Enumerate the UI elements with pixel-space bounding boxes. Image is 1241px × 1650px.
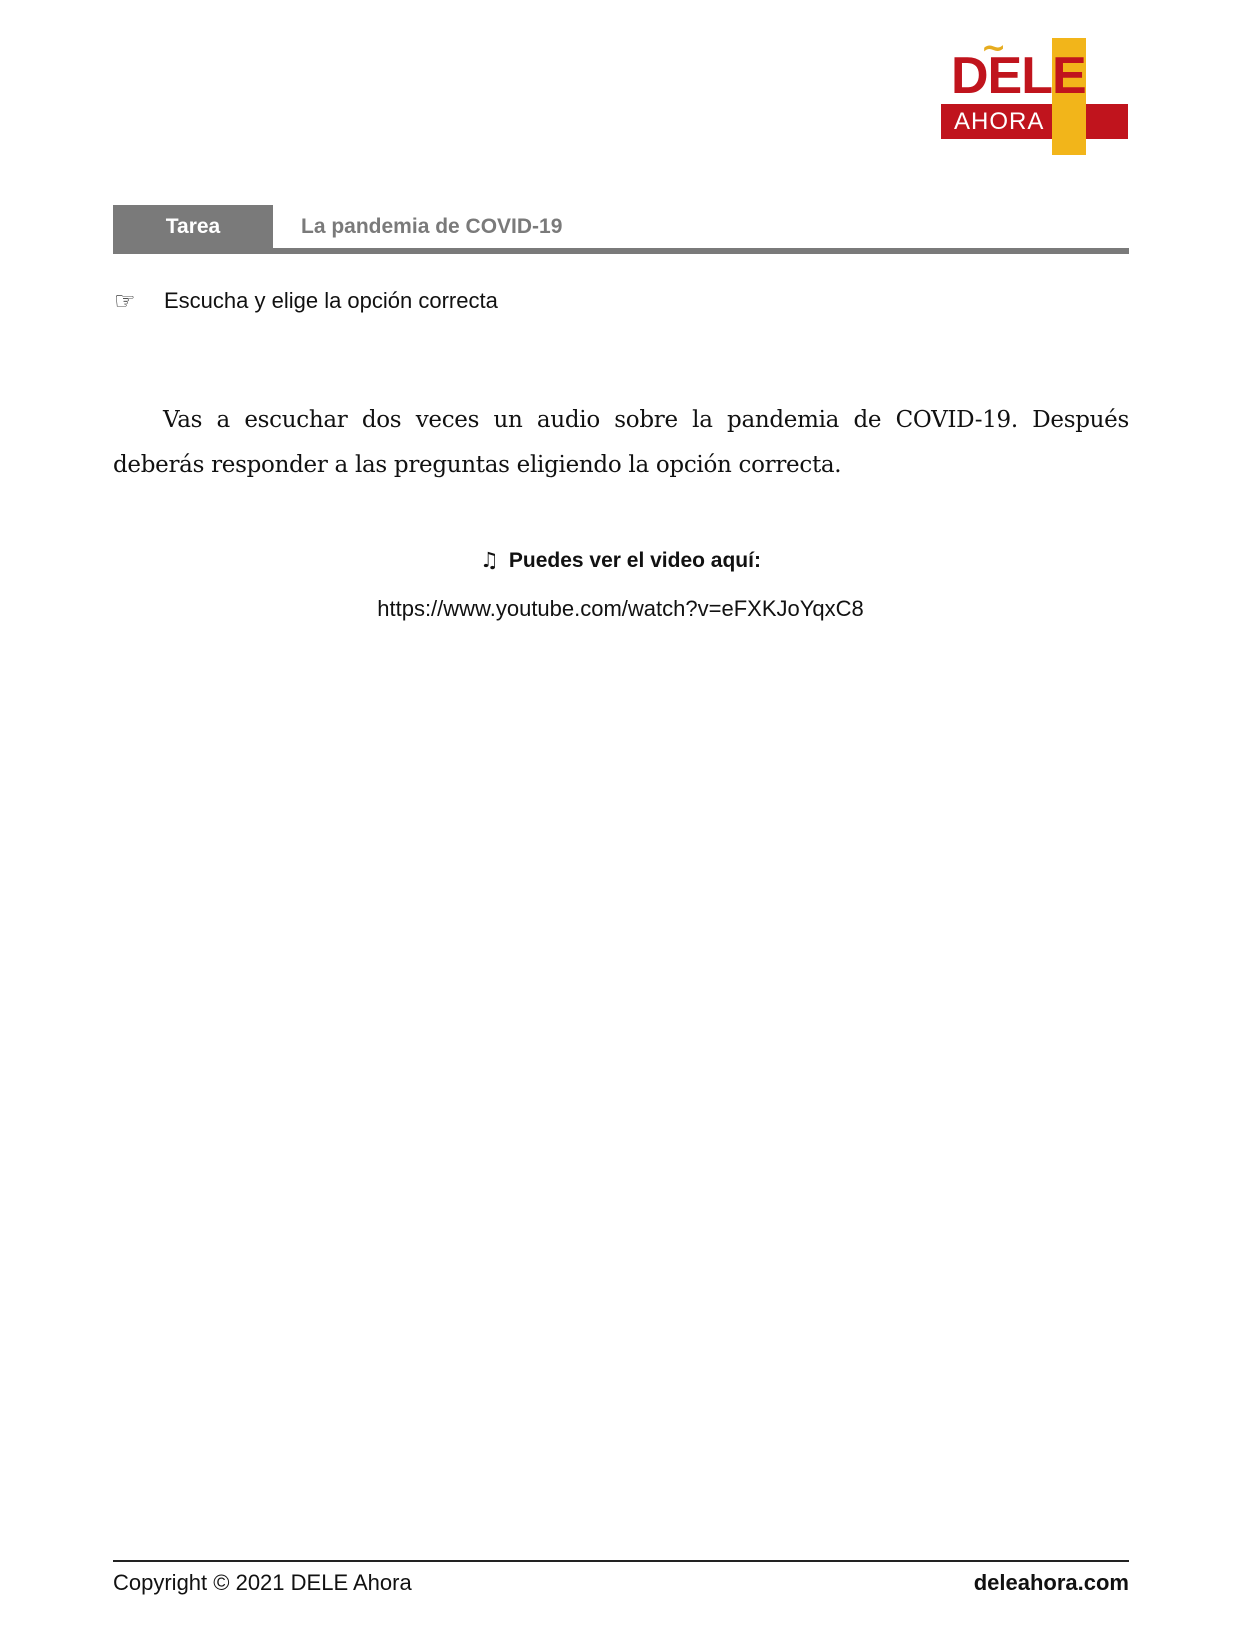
task-description: Vas a escuchar dos veces un audio sobre … [113, 398, 1129, 488]
pointing-hand-icon: ☞ [114, 287, 164, 315]
logo-subtitle-text: AHORA [954, 108, 1044, 136]
logo-yellow-bar-overlap [1052, 104, 1086, 155]
footer-site-link[interactable]: deleahora.com [974, 1570, 1129, 1596]
video-heading: ♫Puedes ver el video aquí: [0, 548, 1241, 573]
footer-rule [113, 1560, 1129, 1562]
instruction-line: ☞ Escucha y elige la opción correcta [114, 286, 498, 316]
task-title: La pandemia de COVID-19 [301, 205, 562, 248]
logo-brand-text: DELE [951, 48, 1086, 104]
video-heading-text: Puedes ver el video aquí: [509, 549, 761, 572]
task-header: Tarea La pandemia de COVID-19 [113, 205, 1129, 254]
header-rule [113, 248, 1129, 254]
video-link[interactable]: https://www.youtube.com/watch?v=eFXKJoYq… [0, 596, 1241, 622]
music-note-icon: ♫ [480, 548, 499, 572]
task-label: Tarea [113, 205, 273, 248]
instruction-text: Escucha y elige la opción correcta [164, 288, 498, 314]
dele-ahora-logo: DELE ~ AHORA [941, 38, 1129, 156]
logo-tilde: ~ [981, 34, 1006, 64]
footer-copyright: Copyright © 2021 DELE Ahora [113, 1570, 412, 1596]
